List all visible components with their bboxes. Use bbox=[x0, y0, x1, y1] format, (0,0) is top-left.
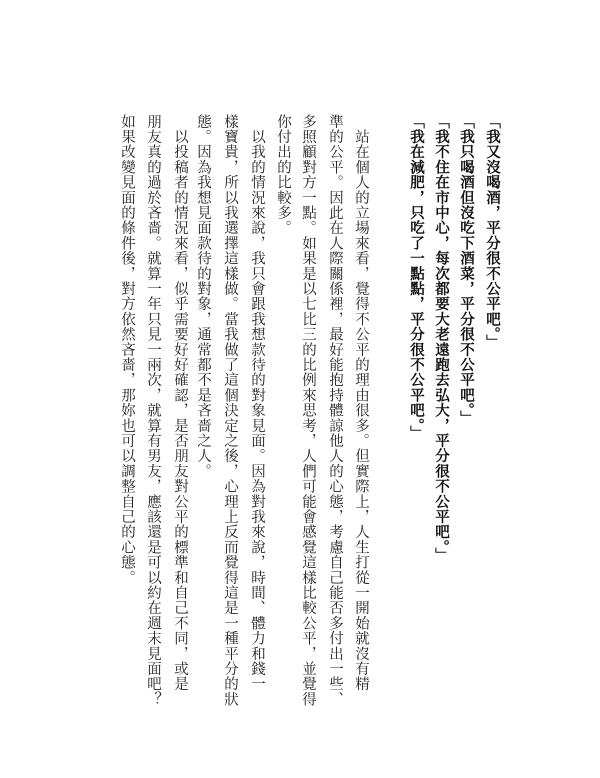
quote-line-4: 「我在減肥，只吃了一點點，平分很不公平吧。」 bbox=[407, 114, 425, 441]
paragraph-3-column-2: 朋友真的過於吝嗇。就算一年只見一兩次，就算有男友，應該還是可以約在週末見面吧？ bbox=[144, 114, 162, 707]
paragraph-1-column-2: 準的公平。因此在人際關係裡，最好能抱持體諒他人的心態，考慮自己能否多付出一些、 bbox=[326, 114, 344, 707]
quote-line-1: 「我又沒喝酒，平分很不公平吧。」 bbox=[483, 114, 501, 350]
paragraph-2-column-1: 以我的情況來說，我只會跟我想款待的對象見面。因為對我來說，時間、體力和錢一 bbox=[248, 114, 266, 692]
paragraph-3-column-1: 以投稿者的情況來看，似乎需要好好確認，是否朋友對公平的標準和自己不同，或是 bbox=[171, 114, 189, 692]
paragraph-2-column-2: 樣寶貴，所以我選擇這樣做。當我做了這個決定之後，心理上反而覺得這是一種平分的狀 bbox=[221, 114, 239, 707]
paragraph-1-column-4: 你付出的比較多。 bbox=[274, 114, 292, 236]
quote-line-3: 「我不住在市中心，每次都要大老遠跑去弘大，平分很不公平吧。」 bbox=[432, 114, 450, 563]
paragraph-2-column-3: 態。因為我想見面款待的對象，通常都不是吝嗇之人。 bbox=[194, 114, 212, 479]
paragraph-1-column-3: 多照顧對方一點。如果是以七比三的比例來思考，人們可能會感覺這樣比較公平，並覺得 bbox=[299, 114, 317, 707]
quote-line-2: 「我只喝酒但沒吃下酒菜，平分很不公平吧。」 bbox=[457, 114, 475, 426]
paragraph-3-column-3: 如果改變見面的條件後，對方依然吝嗇，那妳也可以調整自己的心態。 bbox=[118, 114, 136, 585]
document-page: 「我又沒喝酒，平分很不公平吧。」 「我只喝酒但沒吃下酒菜，平分很不公平吧。」 「… bbox=[0, 0, 600, 778]
paragraph-1-column-1: 站在個人的立場來看，覺得不公平的理由很多。但實際上，人生打從一開始就沒有精 bbox=[352, 114, 370, 692]
